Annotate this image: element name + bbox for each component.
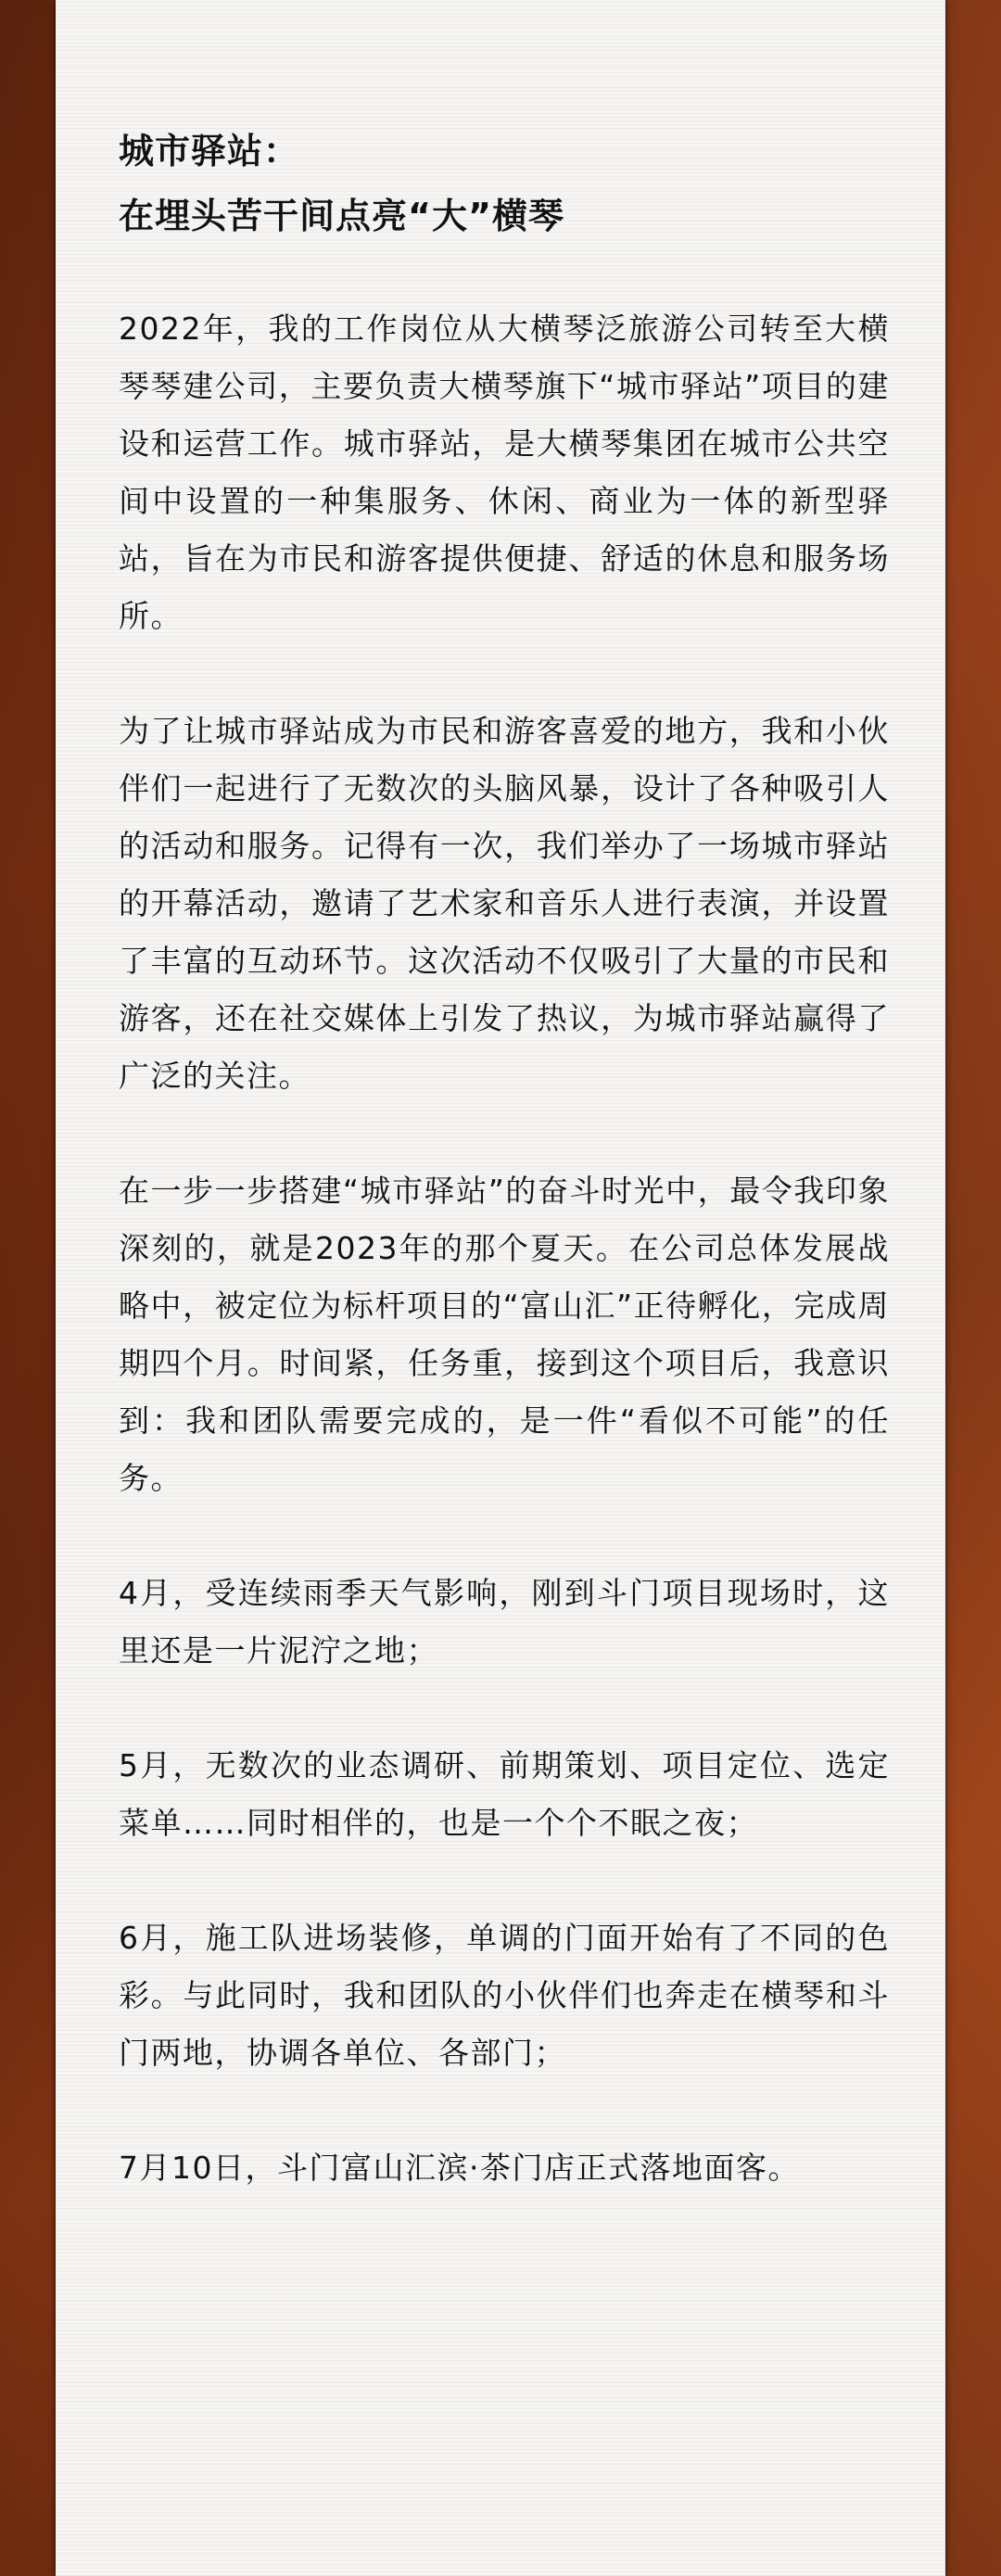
article-title: 城市驿站： 在埋头苦干间点亮“大”横琴 bbox=[119, 119, 890, 248]
article-body: 城市驿站： 在埋头苦干间点亮“大”横琴 2022年，我的工作岗位从大横琴泛旅游公… bbox=[119, 119, 890, 2254]
title-line-1: 城市驿站： bbox=[119, 119, 890, 184]
paper-sheet: 城市驿站： 在埋头苦干间点亮“大”横琴 2022年，我的工作岗位从大横琴泛旅游公… bbox=[56, 0, 945, 2576]
title-line-2: 在埋头苦干间点亮“大”横琴 bbox=[119, 184, 890, 248]
paragraph-april: 4月，受连续雨季天气影响，刚到斗门项目现场时，这里还是一片泥泞之地； bbox=[119, 1565, 890, 1680]
paragraph-intro: 2022年，我的工作岗位从大横琴泛旅游公司转至大横琴琴建公司，主要负责大横琴旗下… bbox=[119, 300, 890, 645]
paragraph-may: 5月，无数次的业态调研、前期策划、项目定位、选定菜单……同时相伴的，也是一个个不… bbox=[119, 1737, 890, 1852]
paragraph-activities: 为了让城市驿站成为市民和游客喜爱的地方，我和小伙伴们一起进行了无数次的头脑风暴，… bbox=[119, 703, 890, 1105]
paragraph-july: 7月10日，斗门富山汇滨·茶门店正式落地面客。 bbox=[119, 2139, 890, 2197]
paragraph-summer-2023: 在一步一步搭建“城市驿站”的奋斗时光中，最令我印象深刻的，就是2023年的那个夏… bbox=[119, 1162, 890, 1507]
paragraph-june: 6月，施工队进场装修，单调的门面开始有了不同的色彩。与此同时，我和团队的小伙伴们… bbox=[119, 1910, 890, 2082]
